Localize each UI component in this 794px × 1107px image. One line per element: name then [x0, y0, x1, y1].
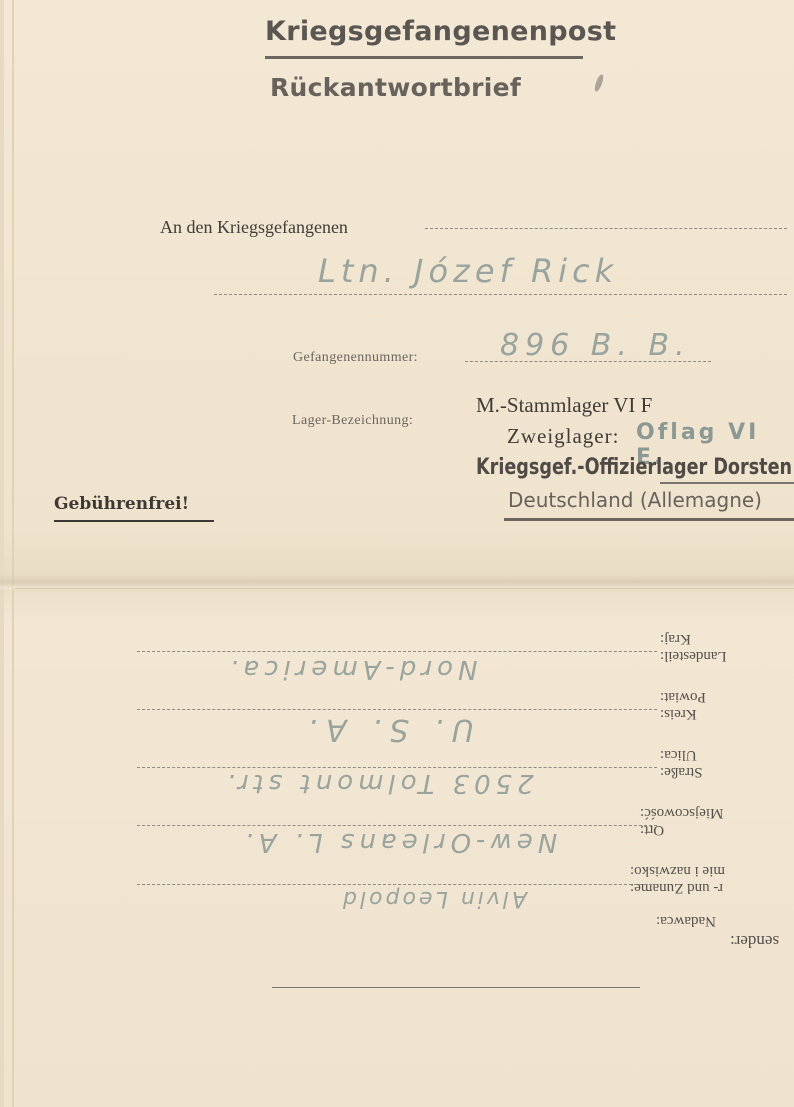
postage-free-underline — [54, 520, 214, 522]
street-label-de: Straße: — [660, 763, 770, 780]
camp-stamp-underline-2 — [504, 518, 794, 521]
prisoner-number-line — [465, 361, 711, 362]
sender-region-line — [137, 651, 657, 652]
sender-field-region-label: Landesteil: Kraj: — [660, 630, 770, 664]
sender-region-handwritten: Nord-America. — [225, 654, 477, 684]
district-label-de: Kreis: — [660, 705, 770, 722]
postage-free-label: Gebührenfrei! — [54, 494, 189, 514]
camp-stamp-officer-camp: Kriegsgef.-Offizierlager Dorsten i. W. — [476, 455, 794, 480]
recipient-line-2 — [214, 294, 787, 295]
district-label-pl: Powiat: — [660, 688, 770, 705]
pencil-mark — [593, 74, 605, 93]
camp-stamp-country: Deutschland (Allemagne) — [508, 488, 762, 512]
sender-signature-line — [272, 987, 640, 988]
sender-name-handwritten: Alvin Leopold — [340, 886, 527, 911]
header-subtitle: Rückantwortbrief — [270, 73, 521, 102]
name-label-pl: mie i nazwisko: — [630, 862, 794, 879]
paper-fold-shadow — [0, 575, 794, 589]
city-label-pl: Miejscowość: — [640, 804, 770, 821]
recipient-name-handwritten: Ltn. Józef Rick — [318, 252, 618, 290]
header-rule — [265, 56, 583, 59]
camp-line-main: M.-Stammlager VI F — [476, 393, 652, 418]
header-title: Kriegsgefangenenpost — [265, 16, 616, 47]
sender-heading-de: sender: — [730, 933, 794, 950]
sender-field-name-label: r- und Zuname: mie i nazwisko: — [630, 862, 794, 896]
paper-left-edge — [0, 0, 4, 1107]
prisoner-number-label: Gefangenennummer: — [293, 350, 418, 366]
sender-field-city-label: Ort: Miejscowość: — [640, 804, 770, 838]
recipient-to-label: An den Kriegsgefangenen — [160, 217, 348, 238]
sender-street-handwritten: 2503 Tolmont str. — [222, 768, 534, 798]
recipient-line-1 — [425, 228, 787, 229]
camp-designation-label: Lager-Bezeichnung: — [292, 413, 413, 429]
prisoner-number-handwritten: 896 B. B. — [500, 328, 691, 363]
region-label-pl: Kraj: — [660, 630, 770, 647]
paper-crease-vertical — [12, 0, 14, 1107]
region-label-de: Landesteil: — [660, 647, 770, 664]
sender-district-line — [137, 709, 657, 710]
sender-district-handwritten: U. S. A. — [300, 712, 474, 747]
paper-fold-line — [15, 588, 794, 589]
sender-field-street-label: Straße: Ulica: — [660, 746, 770, 780]
sender-heading-pl: Nadawca: — [656, 912, 766, 929]
sender-city-line — [137, 825, 657, 826]
camp-stamp-underline-1 — [660, 482, 794, 484]
sender-name-line — [137, 884, 657, 885]
sender-city-handwritten: New-Orleans L. A. — [240, 827, 557, 857]
city-label-de: Ort: — [640, 821, 770, 838]
street-label-pl: Ulica: — [660, 746, 770, 763]
name-label-de: r- und Zuname: — [630, 879, 794, 896]
camp-branch-label: Zweiglager: — [507, 424, 619, 449]
sender-field-district-label: Kreis: Powiat: — [660, 688, 770, 722]
